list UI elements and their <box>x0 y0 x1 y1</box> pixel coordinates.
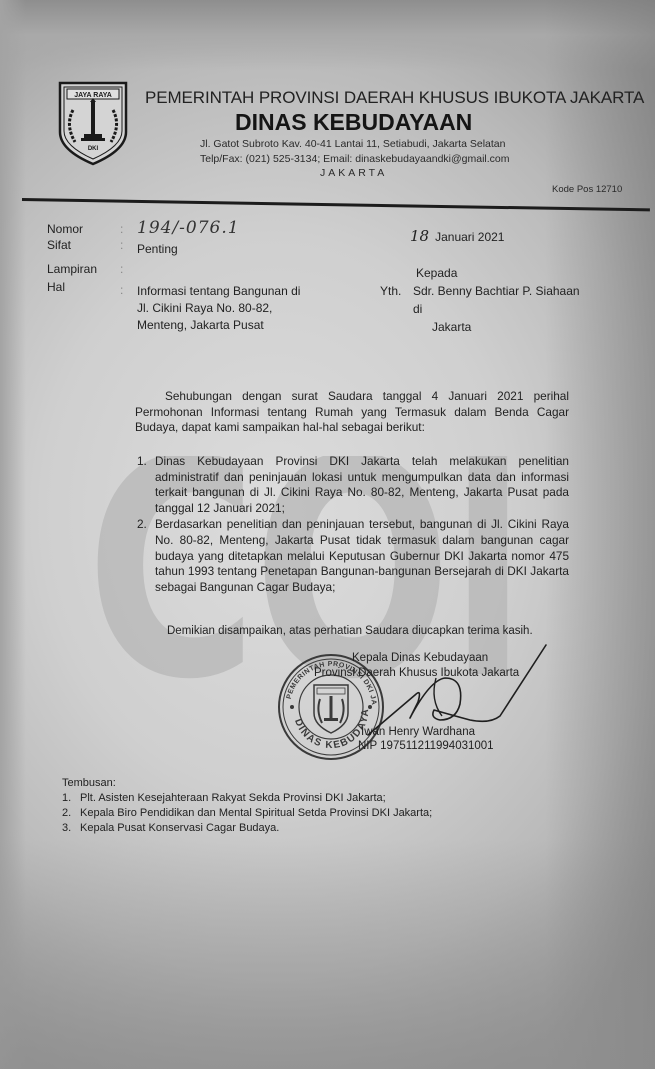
agency-contact: Telp/Fax: (021) 525-3134; Email: dinaske… <box>200 153 510 165</box>
lampiran-colon: : <box>120 262 123 276</box>
sifat-colon: : <box>120 238 123 252</box>
hal-colon: : <box>120 283 123 297</box>
date-month-year: Januari 2021 <box>435 230 504 244</box>
hal-line-2: Jl. Cikini Raya No. 80-82, <box>137 301 272 315</box>
recipient-di: di <box>413 302 422 316</box>
point-number: 2. <box>137 517 147 533</box>
hal-line-1: Informasi tentang Bangunan di <box>137 284 300 298</box>
letterhead-divider <box>22 198 650 211</box>
agency-address: Jl. Gatot Subroto Kav. 40-41 Lantai 11, … <box>200 138 505 150</box>
tembusan-text: Kepala Biro Pendidikan dan Mental Spirit… <box>80 807 432 819</box>
intro-paragraph: Sehubungan dengan surat Saudara tanggal … <box>135 389 569 436</box>
tembusan-text: Plt. Asisten Kesejahteraan Rakyat Sekda … <box>80 792 386 804</box>
tembusan-item: 2.Kepala Biro Pendidikan dan Mental Spir… <box>62 807 432 819</box>
agency-city: JAKARTA <box>320 167 387 179</box>
signatory-name: Iwan Henry Wardhana <box>361 726 475 738</box>
recipient-kepada: Kepada <box>416 266 457 280</box>
tembusan-item: 1.Plt. Asisten Kesejahteraan Rakyat Sekd… <box>62 792 386 804</box>
hal-label: Hal <box>47 280 65 294</box>
svg-text:DKI: DKI <box>88 146 99 152</box>
jaya-raya-crest-icon: JAYA RAYA DKI <box>57 80 129 166</box>
recipient-name: Sdr. Benny Bachtiar P. Siahaan <box>413 284 580 298</box>
letter-date: 18Januari 2021 <box>410 227 504 245</box>
point-item: 1. Dinas Kebudayaan Provinsi DKI Jakarta… <box>135 454 569 516</box>
government-heading: PEMERINTAH PROVINSI DAERAH KHUSUS IBUKOT… <box>145 88 644 108</box>
tembusan-number: 2. <box>62 807 80 819</box>
handwritten-signature-icon <box>360 640 550 740</box>
recipient-place: Jakarta <box>432 320 471 334</box>
date-day-handwritten: 18 <box>410 227 429 245</box>
tembusan-number: 3. <box>62 822 80 834</box>
points-list: 1. Dinas Kebudayaan Provinsi DKI Jakarta… <box>135 454 569 595</box>
tembusan-number: 1. <box>62 792 80 804</box>
point-text: Dinas Kebudayaan Provinsi DKI Jakarta te… <box>155 454 569 515</box>
letter-document: JAYA RAYA DKI PEMERINTAH PROVINSI DAERAH… <box>0 0 655 1069</box>
svg-text:JAYA RAYA: JAYA RAYA <box>74 92 112 99</box>
nomor-colon: : <box>120 222 123 236</box>
closing-sentence: Demikian disampaikan, atas perhatian Sau… <box>167 625 533 637</box>
signatory-nip: NIP 197511211994031001 <box>358 740 494 752</box>
lampiran-label: Lampiran <box>47 262 97 276</box>
sifat-value: Penting <box>137 242 178 256</box>
tembusan-title: Tembusan: <box>62 777 116 789</box>
nomor-label: Nomor <box>47 222 83 236</box>
sifat-label: Sifat <box>47 238 71 252</box>
point-item: 2. Berdasarkan penelitian dan peninjauan… <box>135 517 569 595</box>
agency-heading: DINAS KEBUDAYAAN <box>235 109 472 136</box>
nomor-value: 194/-076.1 <box>137 218 240 238</box>
postal-code: Kode Pos 12710 <box>552 184 622 195</box>
tembusan-text: Kepala Pusat Konservasi Cagar Budaya. <box>80 822 279 834</box>
point-text: Berdasarkan penelitian dan peninjauan te… <box>155 517 569 593</box>
point-number: 1. <box>137 454 147 470</box>
recipient-yth: Yth. <box>380 284 401 298</box>
hal-line-3: Menteng, Jakarta Pusat <box>137 318 264 332</box>
tembusan-item: 3.Kepala Pusat Konservasi Cagar Budaya. <box>62 822 279 834</box>
